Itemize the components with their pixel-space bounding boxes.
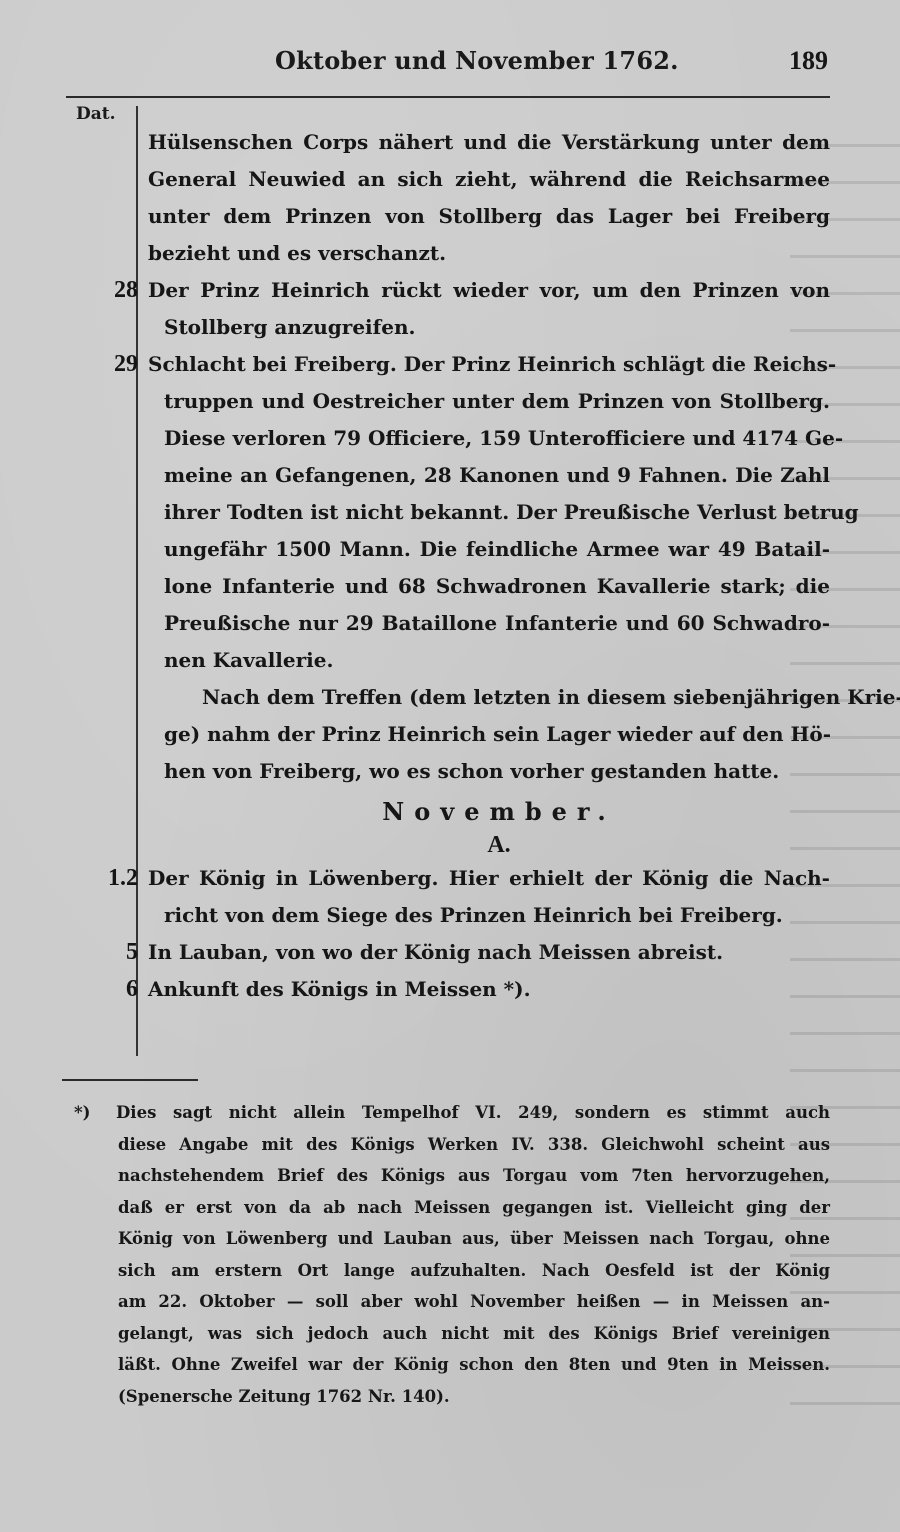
footnote-line: (Spenersche Zeitung 1762 Nr. 140). xyxy=(74,1381,830,1413)
footnote-line: sich am erstern Ort lange aufzuhalten. N… xyxy=(74,1255,830,1287)
footnote-line: daß er erst von da ab nach Meissen gegan… xyxy=(74,1192,830,1224)
text-line: Schlacht bei Freiberg. Der Prinz Heinric… xyxy=(148,346,830,383)
footnote: *)Dies sagt nicht allein Tempelhof VI. 2… xyxy=(74,1097,830,1412)
entry-oct-29: 29 Schlacht bei Freiberg. Der Prinz Hein… xyxy=(148,346,830,679)
entry-nov-1-2: 1.2 Der König in Löwenberg. Hier erhielt… xyxy=(148,860,830,934)
text-line: Der König in Löwenberg. Hier erhielt der… xyxy=(148,860,830,897)
text-line: Preußische nur 29 Bataillone Infanterie … xyxy=(148,605,830,642)
section-heading-november: November. xyxy=(148,794,830,830)
date-column-header: Dat. xyxy=(76,104,116,124)
footnote-marker: *) xyxy=(74,1097,116,1129)
text-line: Stollberg anzugreifen. xyxy=(148,309,830,346)
section-subheading: A. xyxy=(148,830,830,860)
main-text: Hülsenschen Corps nähert und die Verstär… xyxy=(148,124,830,1008)
text-line: ge) nahm der Prinz Heinrich sein Lager w… xyxy=(148,716,830,753)
date-column-divider xyxy=(136,106,138,1056)
text-line: Ankunft des Königs in Meissen *). xyxy=(148,971,830,1008)
date-label: 6 xyxy=(126,971,138,1008)
footnote-text: Dies sagt nicht allein Tempelhof VI. 249… xyxy=(116,1103,830,1122)
footnote-line: diese Angabe mit des Königs Werken IV. 3… xyxy=(74,1129,830,1161)
text-line: lone Infanterie und 68 Schwadronen Kaval… xyxy=(148,568,830,605)
page-number: 189 xyxy=(789,46,828,76)
entry-oct-29-paragraph: Nach dem Treffen (dem letzten in diesem … xyxy=(148,679,830,790)
text-line: hen von Freiberg, wo es schon vorher ges… xyxy=(148,753,830,790)
text-line: Diese verloren 79 Officiere, 159 Unterof… xyxy=(148,420,830,457)
text-line: Hülsenschen Corps nähert und die Verstär… xyxy=(148,124,830,161)
footnote-line: nachstehendem Brief des Königs aus Torga… xyxy=(74,1160,830,1192)
text-line: ungefähr 1500 Mann. Die feindliche Armee… xyxy=(148,531,830,568)
text-line: unter dem Prinzen von Stollberg das Lage… xyxy=(148,198,830,235)
text-line: In Lauban, von wo der König nach Meissen… xyxy=(148,934,830,971)
footnote-line: am 22. Oktober — soll aber wohl November… xyxy=(74,1286,830,1318)
text-line: bezieht und es verschanzt. xyxy=(148,235,830,272)
entry-nov-6: 6 Ankunft des Königs in Meissen *). xyxy=(148,971,830,1008)
footnote-line: läßt. Ohne Zweifel war der König schon d… xyxy=(74,1349,830,1381)
text-line: ihrer Todten ist nicht bekannt. Der Preu… xyxy=(148,494,830,531)
text-line: meine an Gefangenen, 28 Kanonen und 9 Fa… xyxy=(148,457,830,494)
text-line: truppen und Oestreicher unter dem Prinze… xyxy=(148,383,830,420)
date-label: 29 xyxy=(114,346,138,383)
entry-continuation: Hülsenschen Corps nähert und die Verstär… xyxy=(148,124,830,272)
date-label: 1.2 xyxy=(108,860,138,897)
footnote-line: *)Dies sagt nicht allein Tempelhof VI. 2… xyxy=(74,1097,830,1129)
text-line: Nach dem Treffen (dem letzten in diesem … xyxy=(148,679,830,716)
text-line: General Neuwied an sich zieht, während d… xyxy=(148,161,830,198)
header-rule xyxy=(66,96,830,98)
book-page: Oktober und November 1762. 189 Dat. Hüls… xyxy=(0,0,900,1532)
entry-oct-28: 28 Der Prinz Heinrich rückt wieder vor, … xyxy=(148,272,830,346)
text-line: richt von dem Siege des Prinzen Heinrich… xyxy=(148,897,830,934)
text-line: Der Prinz Heinrich rückt wieder vor, um … xyxy=(148,272,830,309)
running-title: Oktober und November 1762. xyxy=(275,46,679,75)
running-header: Oktober und November 1762. 189 xyxy=(0,46,900,82)
entry-nov-5: 5 In Lauban, von wo der König nach Meiss… xyxy=(148,934,830,971)
date-label: 5 xyxy=(126,934,138,971)
footnote-line: König von Löwenberg und Lauban aus, über… xyxy=(74,1223,830,1255)
footnote-line: gelangt, was sich jedoch auch nicht mit … xyxy=(74,1318,830,1350)
text-line: nen Kavallerie. xyxy=(148,642,830,679)
date-label: 28 xyxy=(114,272,138,309)
footnote-rule xyxy=(62,1079,198,1081)
